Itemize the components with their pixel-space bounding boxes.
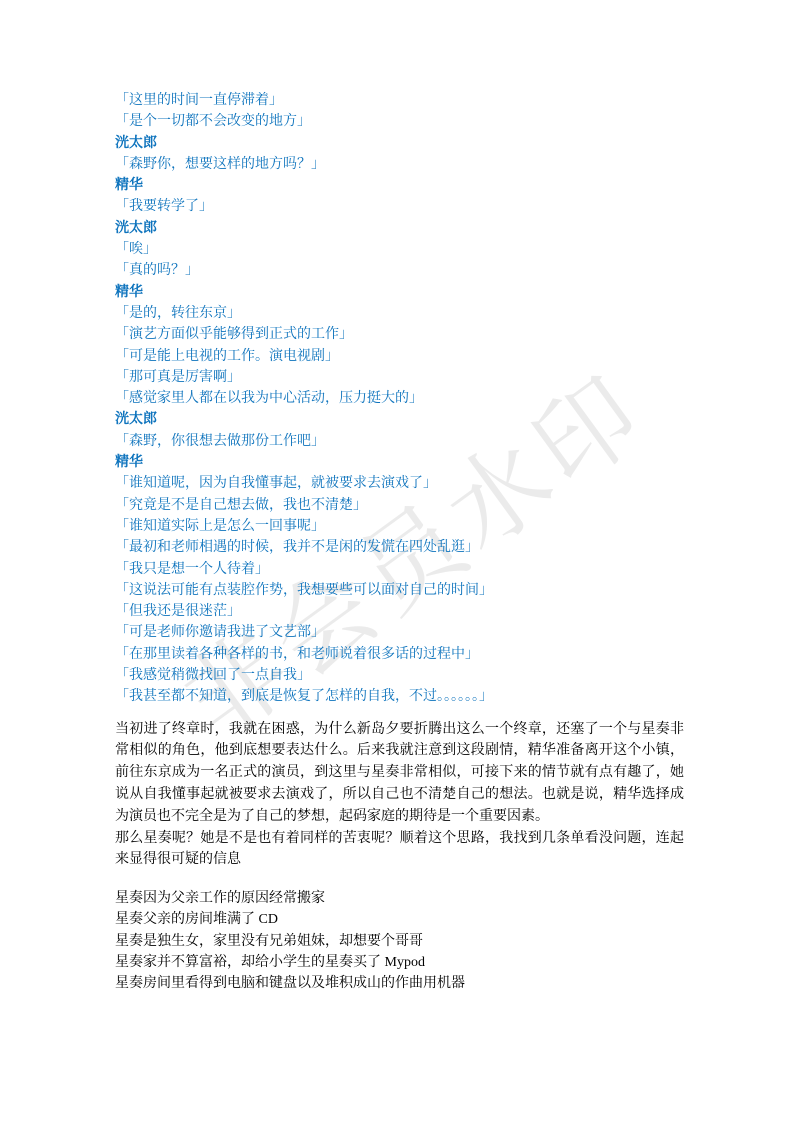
dialogue-line: 「可是老师你邀请我进了文艺部」 [115, 622, 684, 643]
dialogue-line: 「森野，你很想去做那份工作吧」 [115, 431, 684, 452]
speaker-name: 精华 [115, 282, 684, 303]
speaker-name: 洸太郎 [115, 409, 684, 430]
dialogue-transcript: 「这里的时间一直停滞着」「是个一切都不会改变的地方」洸太郎「森野你，想要这样的地… [115, 90, 684, 708]
dialogue-line: 「我要转学了」 [115, 196, 684, 217]
dialogue-line: 「唉」 [115, 239, 684, 260]
dialogue-line: 「演艺方面似乎能够得到正式的工作」 [115, 324, 684, 345]
dialogue-line: 「但我还是很迷茫」 [115, 601, 684, 622]
dialogue-line: 「感觉家里人都在以我为中心活动，压力挺大的」 [115, 388, 684, 409]
analysis-paragraph: 当初进了终章时，我就在困惑，为什么新岛夕要折腾出这么一个终章，还塞了一个与星奏非… [115, 719, 684, 828]
dialogue-line: 「我感觉稍微找回了一点自我」 [115, 665, 684, 686]
clue-item: 星奏父亲的房间堆满了 CD [115, 909, 684, 930]
analysis-paragraphs: 当初进了终章时，我就在困惑，为什么新岛夕要折腾出这么一个终章，还塞了一个与星奏非… [115, 719, 684, 872]
dialogue-line: 「我甚至都不知道，到底是恢复了怎样的自我，不过。。。。。。」 [115, 686, 684, 707]
dialogue-line: 「最初和老师相遇的时候，我并不是闲的发慌在四处乱逛」 [115, 537, 684, 558]
dialogue-line: 「谁知道呢，因为自我懂事起，就被要求去演戏了」 [115, 473, 684, 494]
speaker-name: 洸太郎 [115, 218, 684, 239]
dialogue-line: 「谁知道实际上是怎么一回事呢」 [115, 516, 684, 537]
dialogue-line: 「在那里读着各种各样的书，和老师说着很多话的过程中」 [115, 644, 684, 665]
dialogue-line: 「是个一切都不会改变的地方」 [115, 111, 684, 132]
page-content: 「这里的时间一直停滞着」「是个一切都不会改变的地方」洸太郎「森野你，想要这样的地… [115, 90, 684, 995]
clue-item: 星奏房间里看得到电脑和键盘以及堆积成山的作曲用机器 [115, 973, 684, 994]
dialogue-line: 「我只是想一个人待着」 [115, 559, 684, 580]
dialogue-line: 「森野你，想要这样的地方吗？」 [115, 154, 684, 175]
speaker-name: 洸太郎 [115, 133, 684, 154]
analysis-paragraph: 那么星奏呢？她是不是也有着同样的苦衷呢？顺着这个思路，我找到几条单看没问题，连起… [115, 828, 684, 872]
dialogue-line: 「真的吗？」 [115, 260, 684, 281]
dialogue-line: 「是的，转往东京」 [115, 303, 684, 324]
dialogue-line: 「这说法可能有点装腔作势，我想要些可以面对自己的时间」 [115, 580, 684, 601]
dialogue-line: 「那可真是厉害啊」 [115, 367, 684, 388]
speaker-name: 精华 [115, 175, 684, 196]
document-page: 非会员水印 「这里的时间一直停滞着」「是个一切都不会改变的地方」洸太郎「森野你，… [0, 0, 793, 1122]
clue-item: 星奏因为父亲工作的原因经常搬家 [115, 888, 684, 909]
clue-list: 星奏因为父亲工作的原因经常搬家星奏父亲的房间堆满了 CD星奏是独生女，家里没有兄… [115, 888, 684, 994]
dialogue-line: 「究竟是不是自己想去做，我也不清楚」 [115, 495, 684, 516]
dialogue-line: 「可是能上电视的工作。演电视剧」 [115, 346, 684, 367]
speaker-name: 精华 [115, 452, 684, 473]
dialogue-line: 「这里的时间一直停滞着」 [115, 90, 684, 111]
clue-item: 星奏家并不算富裕，却给小学生的星奏买了 Mypod [115, 952, 684, 973]
clue-item: 星奏是独生女，家里没有兄弟姐妹，却想要个哥哥 [115, 931, 684, 952]
